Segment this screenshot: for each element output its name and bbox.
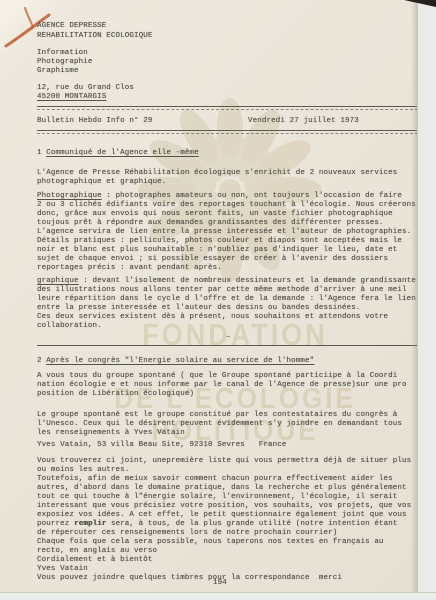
service-information: Information	[37, 49, 88, 57]
scanner-background-right	[417, 0, 436, 600]
agency-line2: REHABILITATION ECOLOGIQUE	[37, 32, 153, 40]
rule-solid-line	[37, 106, 418, 107]
agency-name: AGENCE DEPRESSE REHABILITATION ECOLOGIQU…	[37, 21, 153, 41]
section1-photo-paragraph: Photographique : photographes amateurs o…	[37, 192, 416, 273]
section2-heading: 2 Après le congrès "l'Energie solaire au…	[37, 357, 314, 366]
section2-para1: A vous tous du groupe spontané ( que le …	[37, 372, 407, 399]
section1-intro: L'Agence de Presse Réhabilitation écolog…	[37, 169, 397, 187]
section2-title: Après le congrès "l'Energie solaire au s…	[46, 357, 314, 365]
section2-para2: Le groupe spontané est le groupe constit…	[37, 411, 402, 438]
section1-heading: 1 Communiqué de l'Agence elle -même	[37, 149, 199, 158]
contact-address: Yves Vatain, 53 villa Beau Site, 92310 S…	[37, 441, 287, 450]
horizontal-rule-mid	[37, 345, 418, 350]
photo-label: Photographique	[37, 192, 102, 200]
page-number: 194	[213, 579, 227, 588]
para3-bold-word: remplir	[74, 520, 106, 528]
para3-part2: sera, à tous, de la plus grande utilité …	[37, 520, 397, 582]
rule-solid-line	[37, 130, 418, 131]
address-city: 45200 MONTARGIS	[37, 93, 106, 101]
scanned-bulletin-page: FONDATION DE L'ÉCOLOGIE POLITIQUE AGENCE…	[0, 0, 436, 600]
address-street: 12, rue du Grand Clos	[37, 84, 134, 92]
horizontal-rule-header-bottom	[37, 130, 418, 135]
rule-dashed-line	[37, 109, 418, 110]
graph-label: graphique	[37, 277, 79, 285]
section1-title: Communiqué de l'Agence elle -même	[46, 149, 198, 157]
service-photographie: Photographie	[37, 58, 92, 66]
rule-dashed-line	[37, 133, 418, 134]
horizontal-rule-top	[37, 106, 418, 111]
photo-body: : photographes amateurs ou non, ont touj…	[37, 192, 416, 272]
divider-dash: –	[226, 333, 231, 342]
graph-body: : devant l'isolement de nombreux dessina…	[37, 277, 416, 330]
para3-part1: Vous trouverez ci joint, unepremière lis…	[37, 457, 411, 528]
scanner-background-bottom	[0, 592, 436, 600]
section1-graph-paragraph: graphique : devant l'isolement de nombre…	[37, 277, 416, 331]
section2-para3: Vous trouverez ci joint, unepremière lis…	[37, 457, 411, 583]
agency-services: Information Photographie Graphisme	[37, 49, 92, 76]
bulletin-date: Vendredi 27 juillet 1973	[248, 117, 359, 126]
rule-solid-line	[37, 345, 418, 346]
bulletin-title: Bulletin Hebdo Info n° 29	[37, 117, 153, 126]
service-graphisme: Graphisme	[37, 67, 79, 75]
section1-number: 1	[37, 149, 46, 157]
agency-line1: AGENCE DEPRESSE	[37, 22, 106, 30]
section2-number: 2	[37, 357, 46, 365]
agency-address: 12, rue du Grand Clos 45200 MONTARGIS	[37, 84, 134, 102]
